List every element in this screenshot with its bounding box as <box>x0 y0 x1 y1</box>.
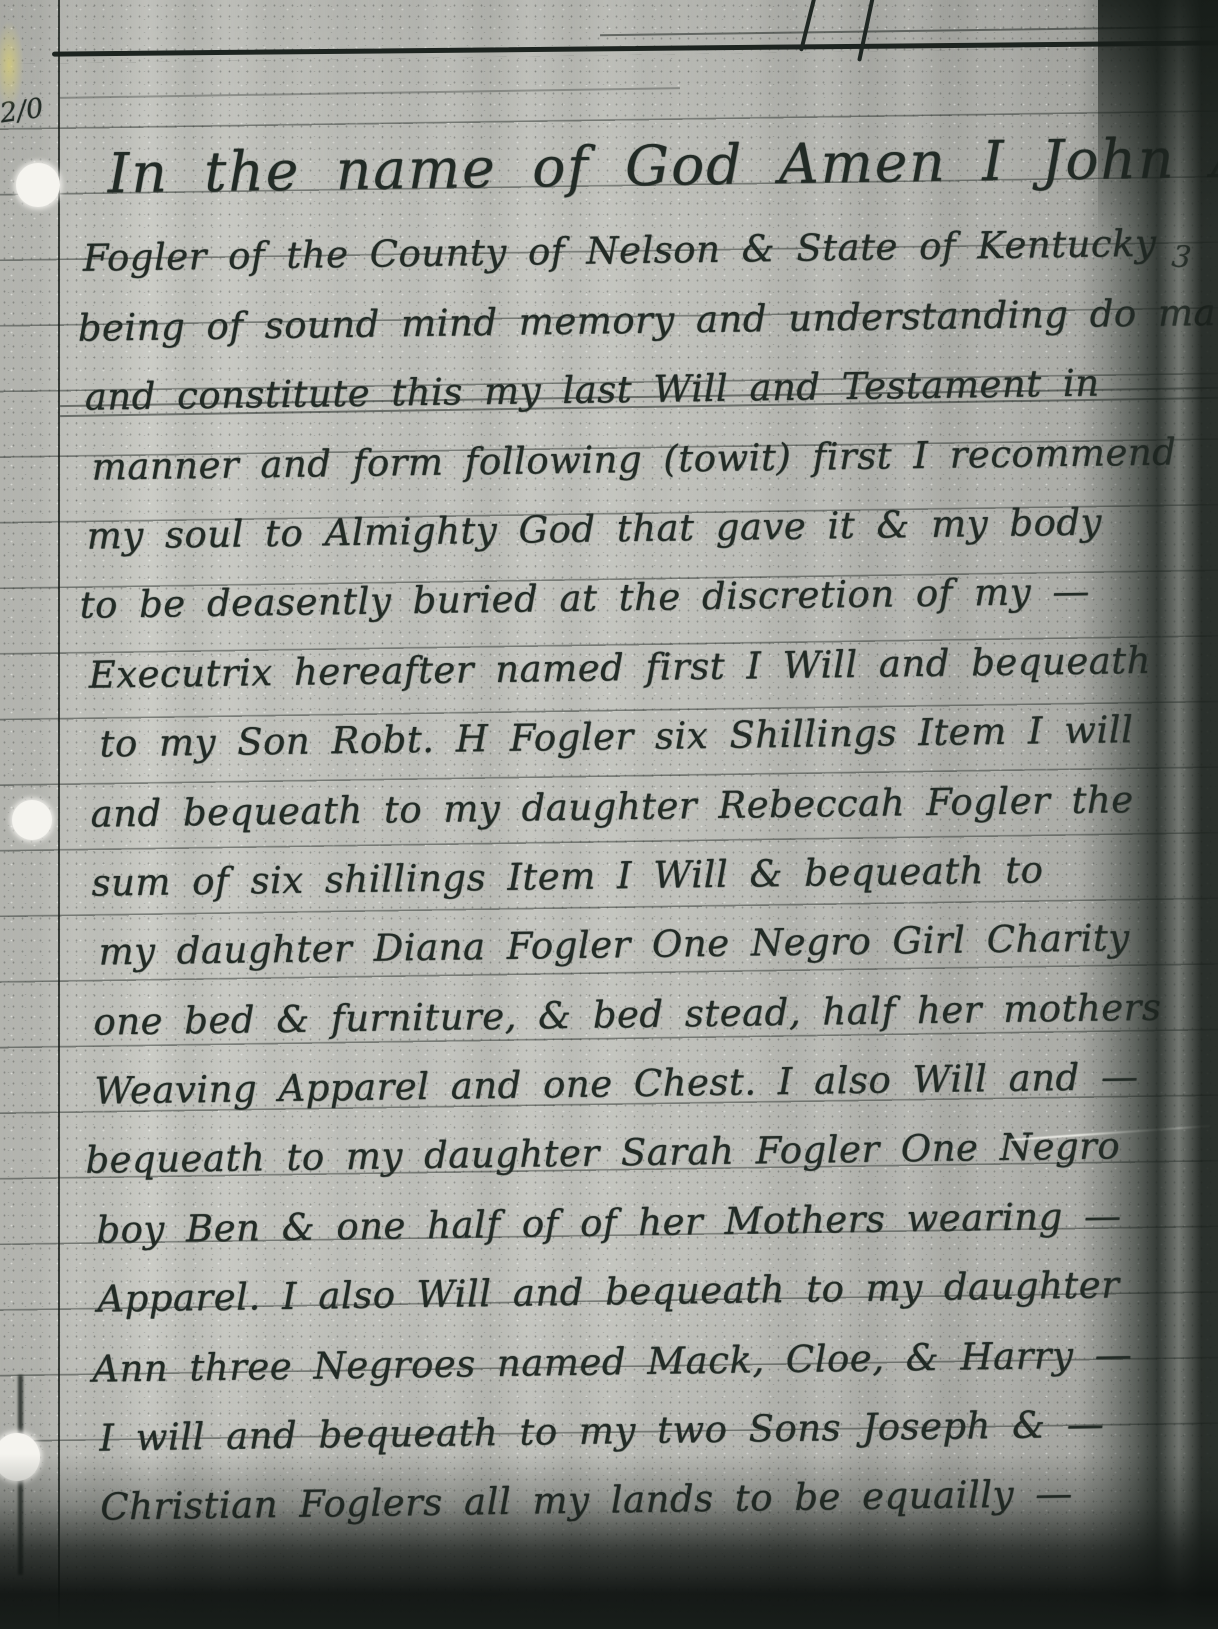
right-edge-scan-shadow <box>1078 0 1218 1629</box>
bottom-edge-scan-shadow <box>0 1454 1218 1629</box>
top-left-yellow-stain <box>0 20 24 110</box>
top-right-scan-shadow <box>1098 0 1218 240</box>
manuscript-line: In the name of God Amen I John Adam <box>60 41 1172 212</box>
punch-hole-middle <box>12 800 52 840</box>
scanned-will-page: In the name of God Amen I John Adam Fogl… <box>0 0 1218 1629</box>
punch-hole-top <box>16 163 60 207</box>
manuscript-text-block: In the name of God Amen I John Adam Fogl… <box>60 41 1190 1531</box>
left-margin-rule-line <box>58 0 60 1629</box>
